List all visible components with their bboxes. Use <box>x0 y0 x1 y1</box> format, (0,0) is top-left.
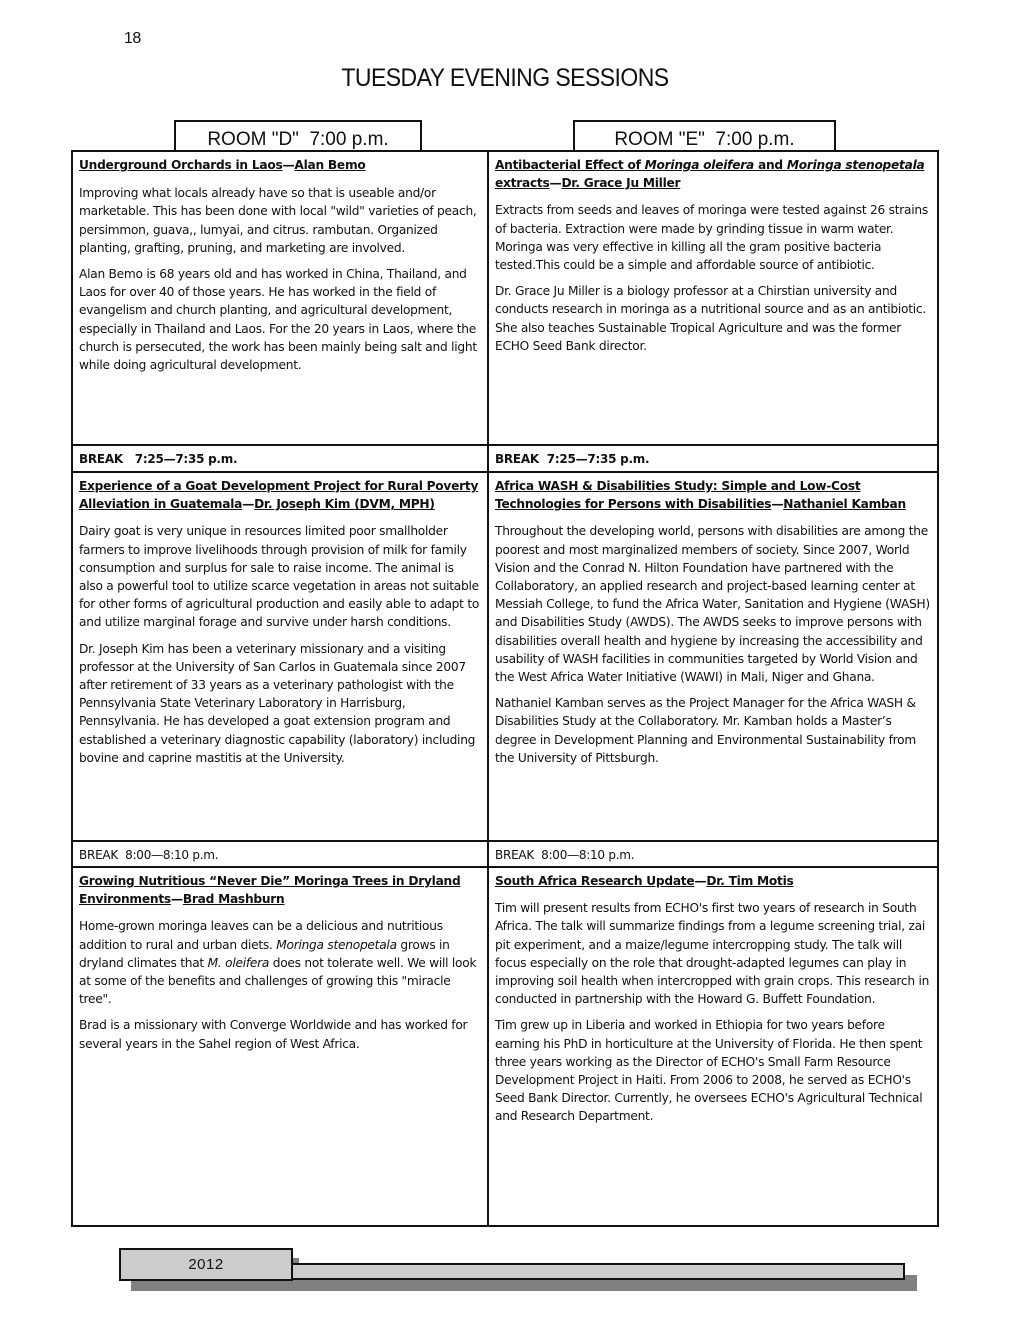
speaker-bio: Tim grew up in Liberia and worked in Eth… <box>495 1016 931 1125</box>
session-speaker: Brad Mashburn <box>183 892 285 906</box>
session-antibacterial-moringa: Antibacterial Effect of Moringa oleifera… <box>489 152 937 444</box>
session-speaker: Nathaniel Kamban <box>783 497 906 511</box>
page-number: 18 <box>124 30 141 48</box>
break-row-2-room-e: BREAK 8:00—8:10 p.m. <box>489 842 937 864</box>
session-underground-orchards: Underground Orchards in Laos—Alan Bemo I… <box>73 152 487 444</box>
speaker-bio: Dr. Joseph Kim has been a veterinary mis… <box>79 640 481 767</box>
session-description: Throughout the developing world, persons… <box>495 522 931 686</box>
session-title: Underground Orchards in Laos <box>79 158 282 172</box>
footer-bar <box>219 1263 905 1280</box>
break-row-2-room-d: BREAK 8:00—8:10 p.m. <box>73 842 487 864</box>
session-title: South Africa Research Update <box>495 874 694 888</box>
speaker-bio: Nathaniel Kamban serves as the Project M… <box>495 694 931 767</box>
session-description: Home-grown moringa leaves can be a delic… <box>79 917 481 1008</box>
session-speaker: Alan Bemo <box>294 158 365 172</box>
schedule-table: Underground Orchards in Laos—Alan Bemo I… <box>71 150 939 1227</box>
speaker-bio: Brad is a missionary with Converge World… <box>79 1016 481 1052</box>
page-title: TUESDAY EVENING SESSIONS <box>40 64 969 93</box>
session-description: Dairy goat is very unique in resources l… <box>79 522 481 631</box>
room-d-header: ROOM "D" 7:00 p.m. <box>174 120 422 150</box>
session-description: Tim will present results from ECHO's fir… <box>495 899 931 1008</box>
session-never-die-moringa: Growing Nutritious “Never Die” Moringa T… <box>73 868 487 1225</box>
speaker-bio: Dr. Grace Ju Miller is a biology profess… <box>495 282 931 355</box>
session-description: Improving what locals already have so th… <box>79 184 481 257</box>
break-row-1-room-d: BREAK 7:25—7:35 p.m. <box>73 446 487 468</box>
session-description: Extracts from seeds and leaves of moring… <box>495 201 931 274</box>
footer-year-tab: 2012 <box>119 1248 293 1281</box>
session-south-africa-research: South Africa Research Update—Dr. Tim Mot… <box>489 868 937 1225</box>
break-row-1-room-e: BREAK 7:25—7:35 p.m. <box>489 446 937 468</box>
session-goat-development: Experience of a Goat Development Project… <box>73 473 487 840</box>
session-speaker: Dr. Joseph Kim (DVM, MPH) <box>254 497 435 511</box>
session-speaker: Dr. Grace Ju Miller <box>561 176 680 190</box>
session-africa-wash: Africa WASH & Disabilities Study: Simple… <box>489 473 937 840</box>
room-e-header: ROOM "E" 7:00 p.m. <box>573 120 836 150</box>
session-speaker: Dr. Tim Motis <box>706 874 793 888</box>
speaker-bio: Alan Bemo is 68 years old and has worked… <box>79 265 481 374</box>
